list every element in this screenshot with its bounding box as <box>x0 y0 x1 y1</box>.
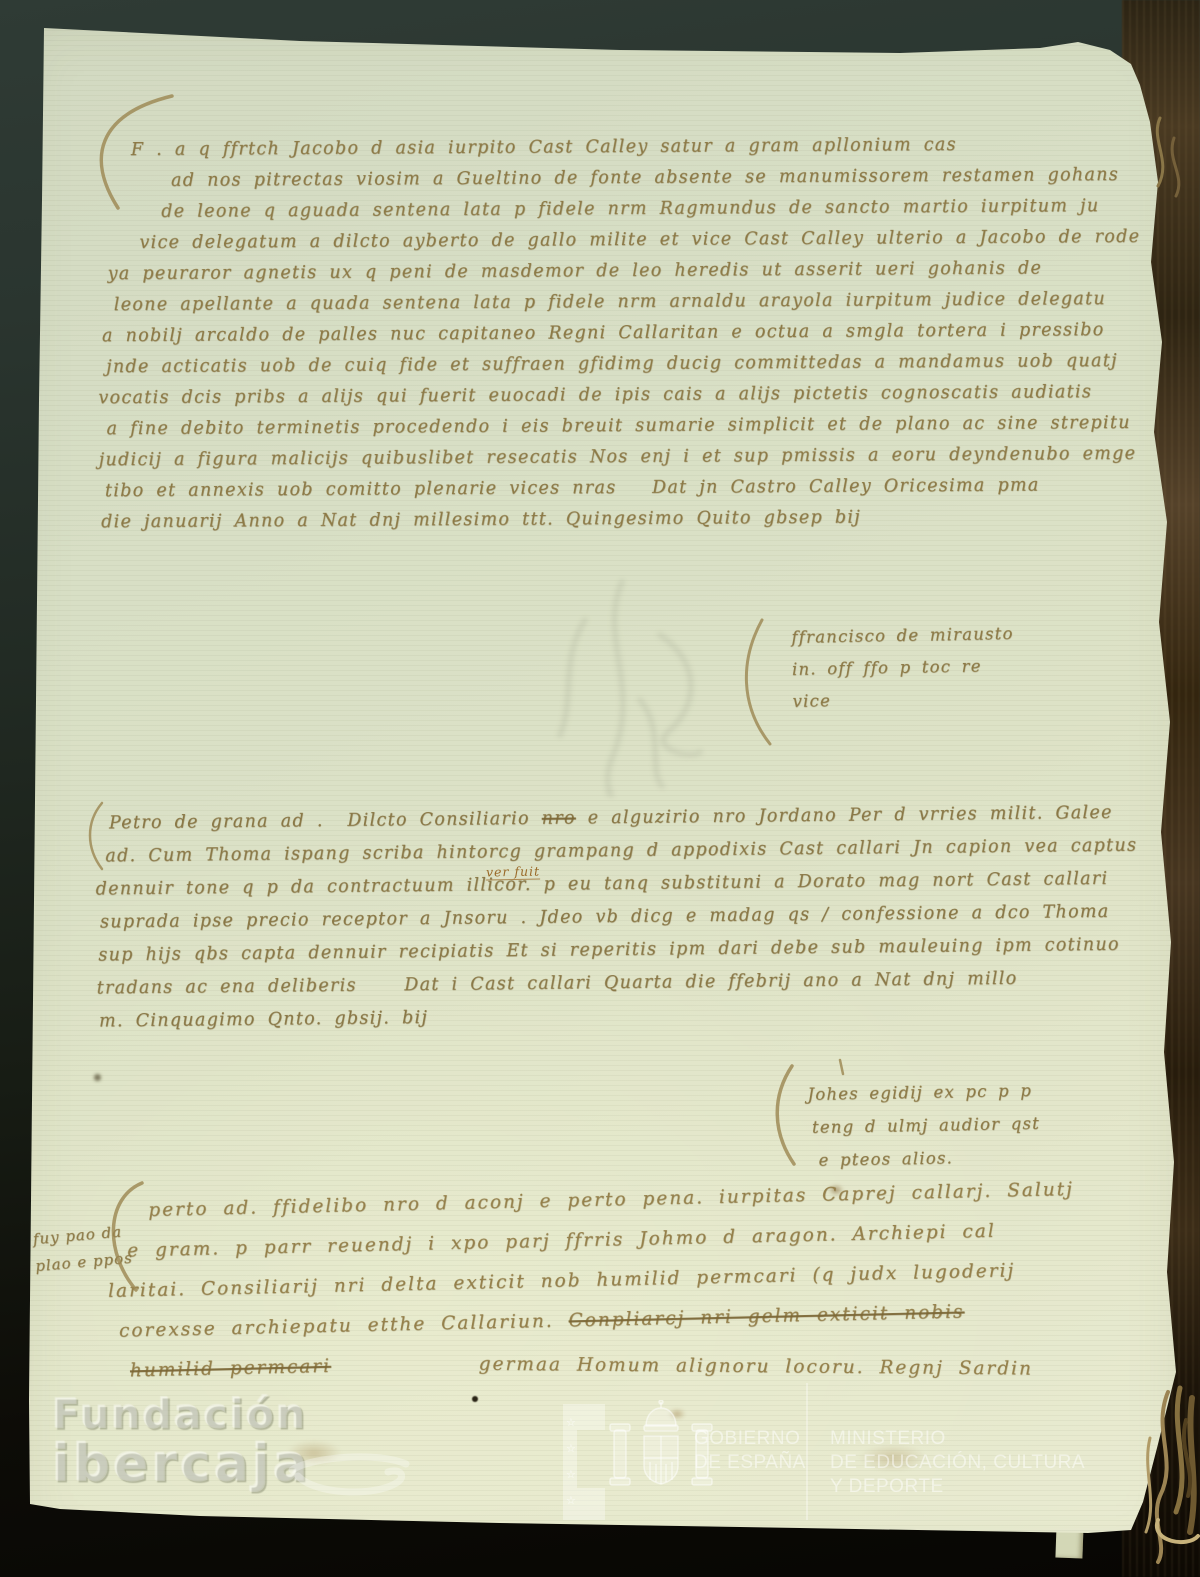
interlinear-insertion: ver fuit <box>486 864 540 881</box>
manuscript-line: vice <box>792 682 1015 718</box>
latin-entry-castro-callari: F . a q ffrtch Jacobo d asia iurpito Cas… <box>97 129 1149 538</box>
manuscript-line: Johes egidij ex pc p p <box>807 1074 1040 1111</box>
latin-entry-petro-de-grana: Petro de grana ad . Dilcto Consiliario n… <box>95 797 1137 1039</box>
notary-subscription-johes: Johes egidij ex pc p pteng d ulmj audior… <box>807 1074 1041 1177</box>
manuscript-line: die januarij Anno a Nat dnj millesimo tt… <box>101 501 1149 538</box>
latin-entry-with-strikethrough: perto ad. ffidelibo nro d aconj e perto … <box>106 1168 1150 1392</box>
margin-note: fuy pao daplao e ppos <box>32 1218 134 1280</box>
manuscript-photo-stage: F . a q ffrtch Jacobo d asia iurpito Cas… <box>0 0 1200 1577</box>
manuscript-line: teng d ulmj audior qst <box>812 1107 1041 1144</box>
manuscript-line: ffrancisco de mirausto <box>791 618 1014 654</box>
manuscript-line: tibo et annexis uob comitto plenarie vic… <box>105 470 1149 507</box>
notary-subscription-francisco: ffrancisco de miraustoin. off ffo p toc … <box>791 618 1015 718</box>
manuscript-line: in. off ffo p toc re <box>792 650 1015 686</box>
